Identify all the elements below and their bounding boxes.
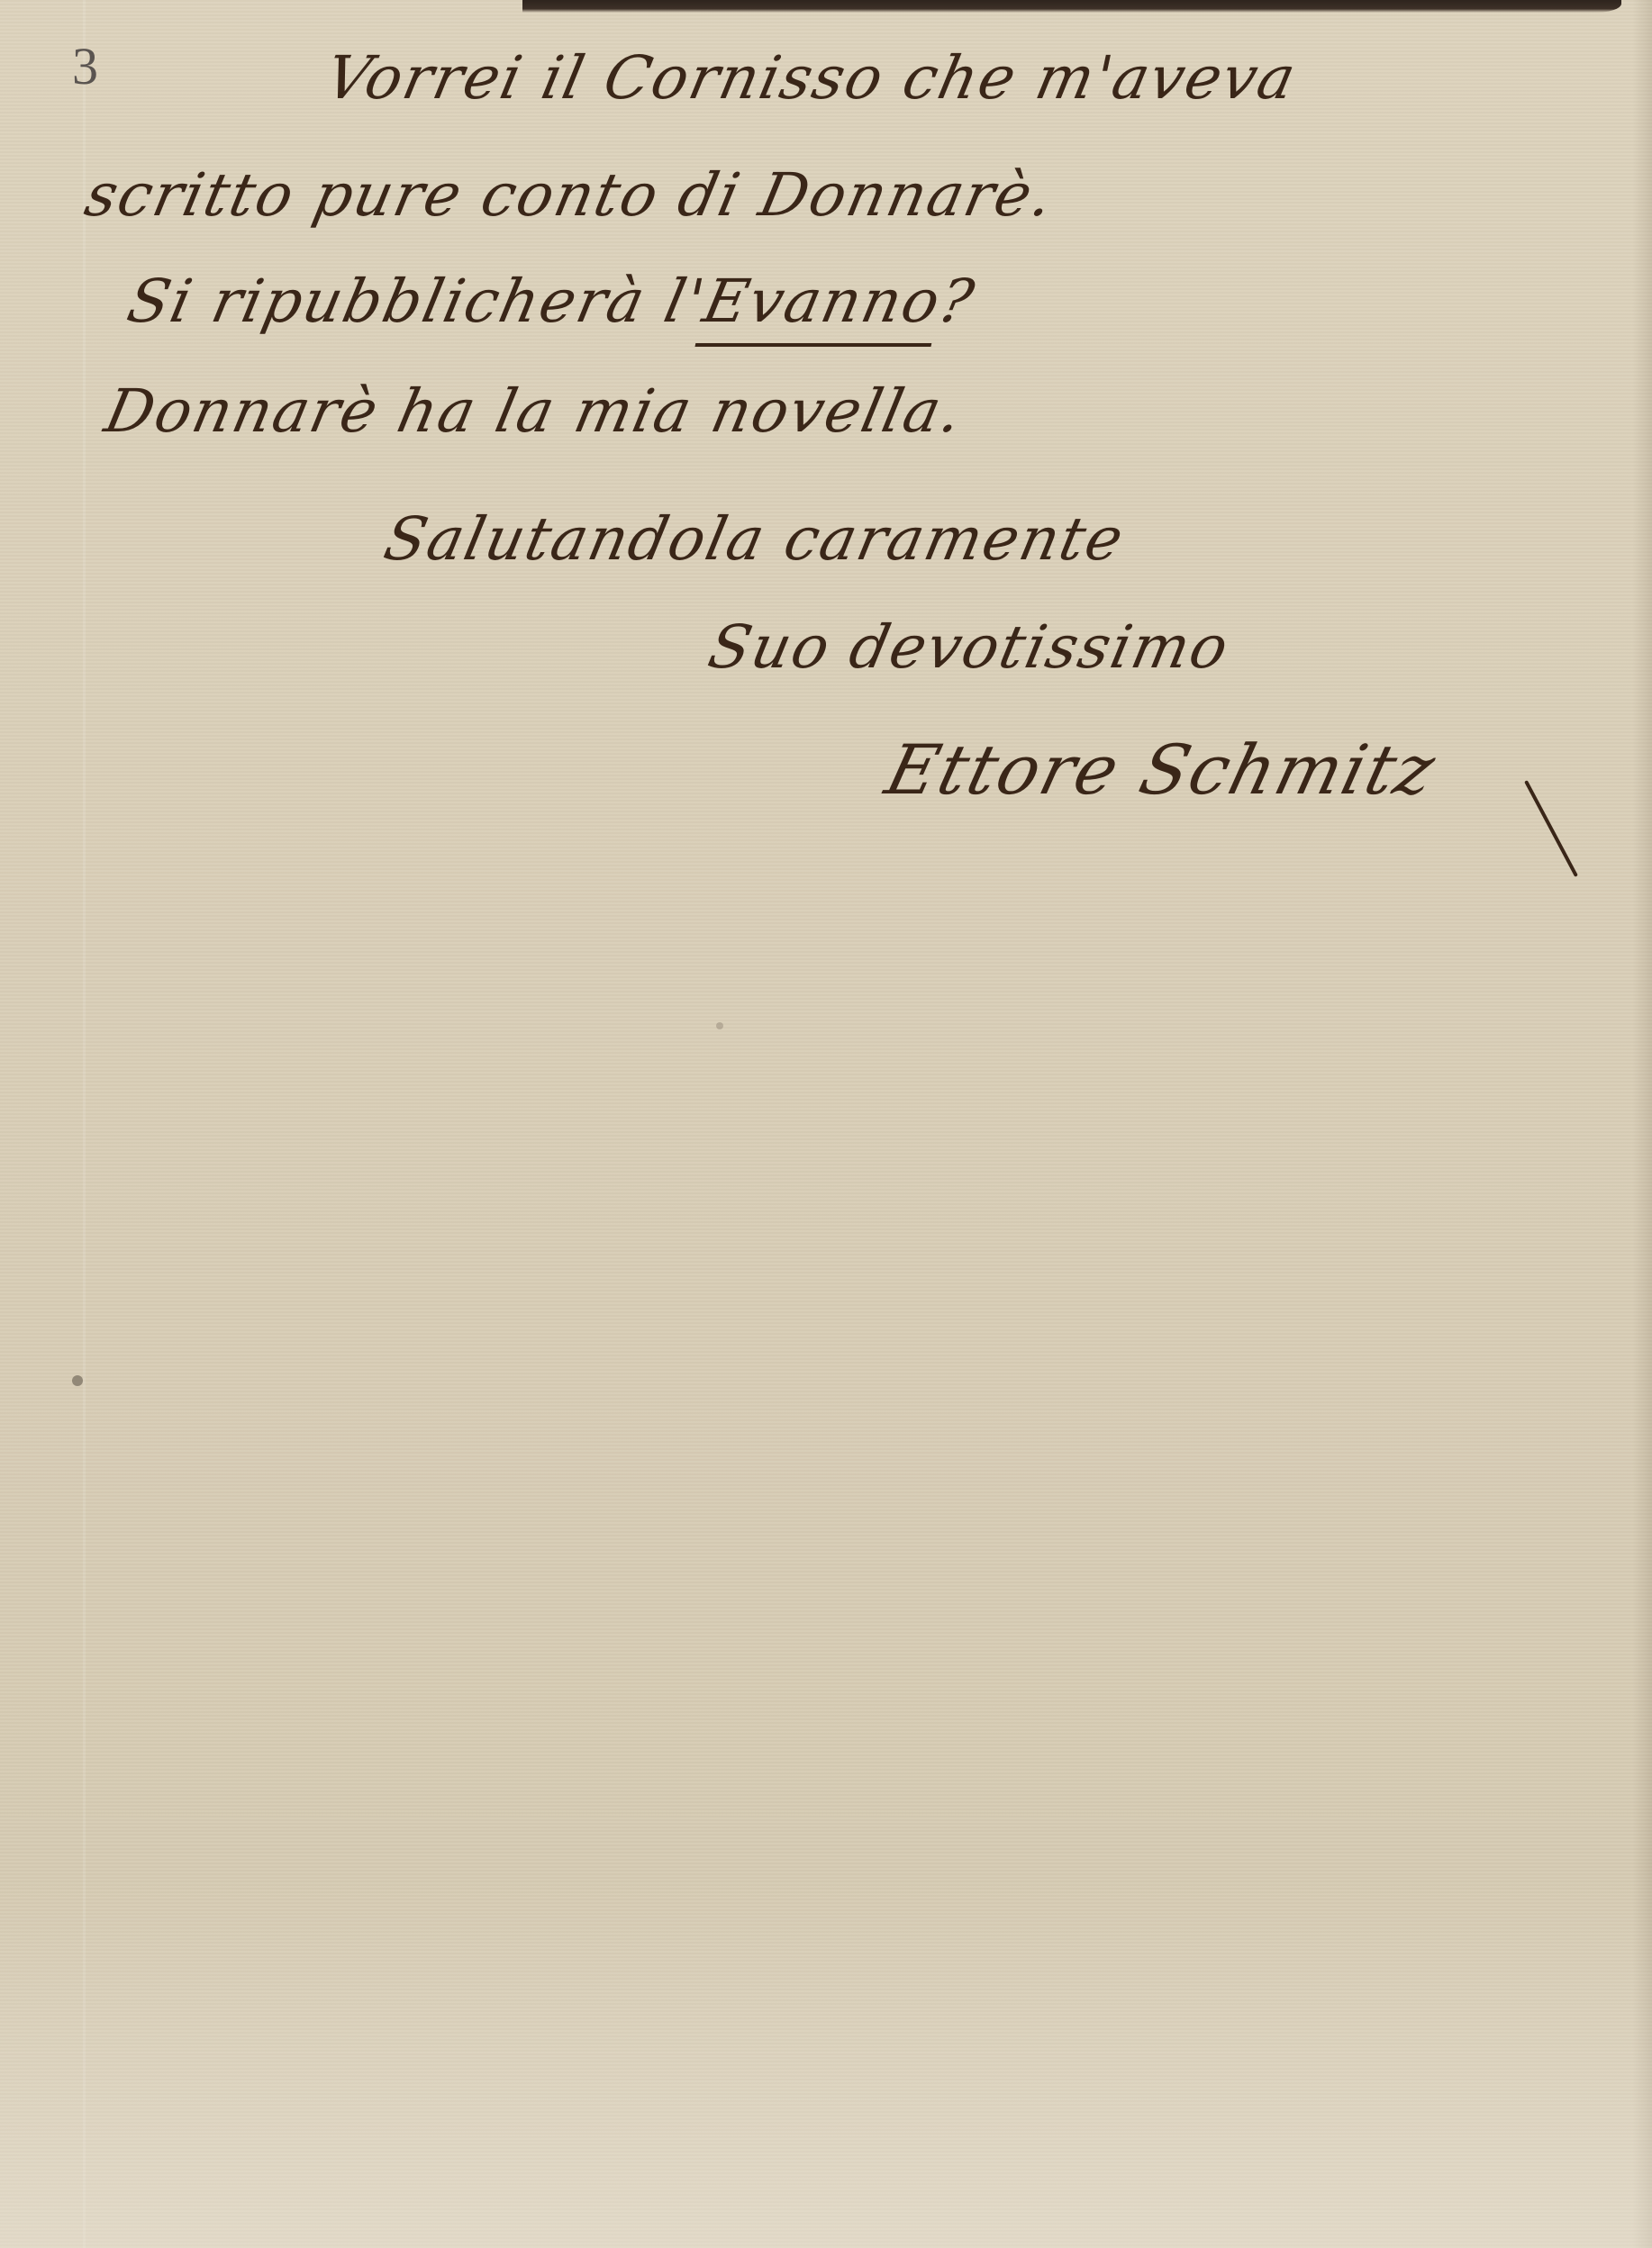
ink-spot	[72, 1375, 83, 1386]
dark-top-edge	[522, 0, 1621, 13]
page-number: 3	[72, 36, 100, 96]
underlined-title: Evanno	[695, 267, 948, 347]
closing-salutation: Salutandola caramente	[378, 504, 1130, 574]
body-line-3: Si ripubblicherà l'Evanno?	[122, 267, 981, 336]
body-line-3-prefix: Si ripubblicherà l'	[122, 267, 712, 336]
paper-fade	[0, 1870, 1652, 2248]
body-line-2: scritto pure conto di Donnarè.	[79, 160, 1060, 230]
paper-speck	[716, 1022, 723, 1029]
body-line-4: Donnarè ha la mia novella.	[99, 376, 969, 446]
body-line-1: Vorrei il Cornisso che m'aveva	[320, 43, 1303, 113]
letter-sheet: 3 Vorrei il Cornisso che m'aveva scritto…	[0, 0, 1652, 2248]
signature-flourish	[1524, 780, 1578, 877]
closing-devotion: Suo devotissimo	[703, 612, 1236, 682]
signature: Ettore Schmitz	[878, 730, 1445, 810]
